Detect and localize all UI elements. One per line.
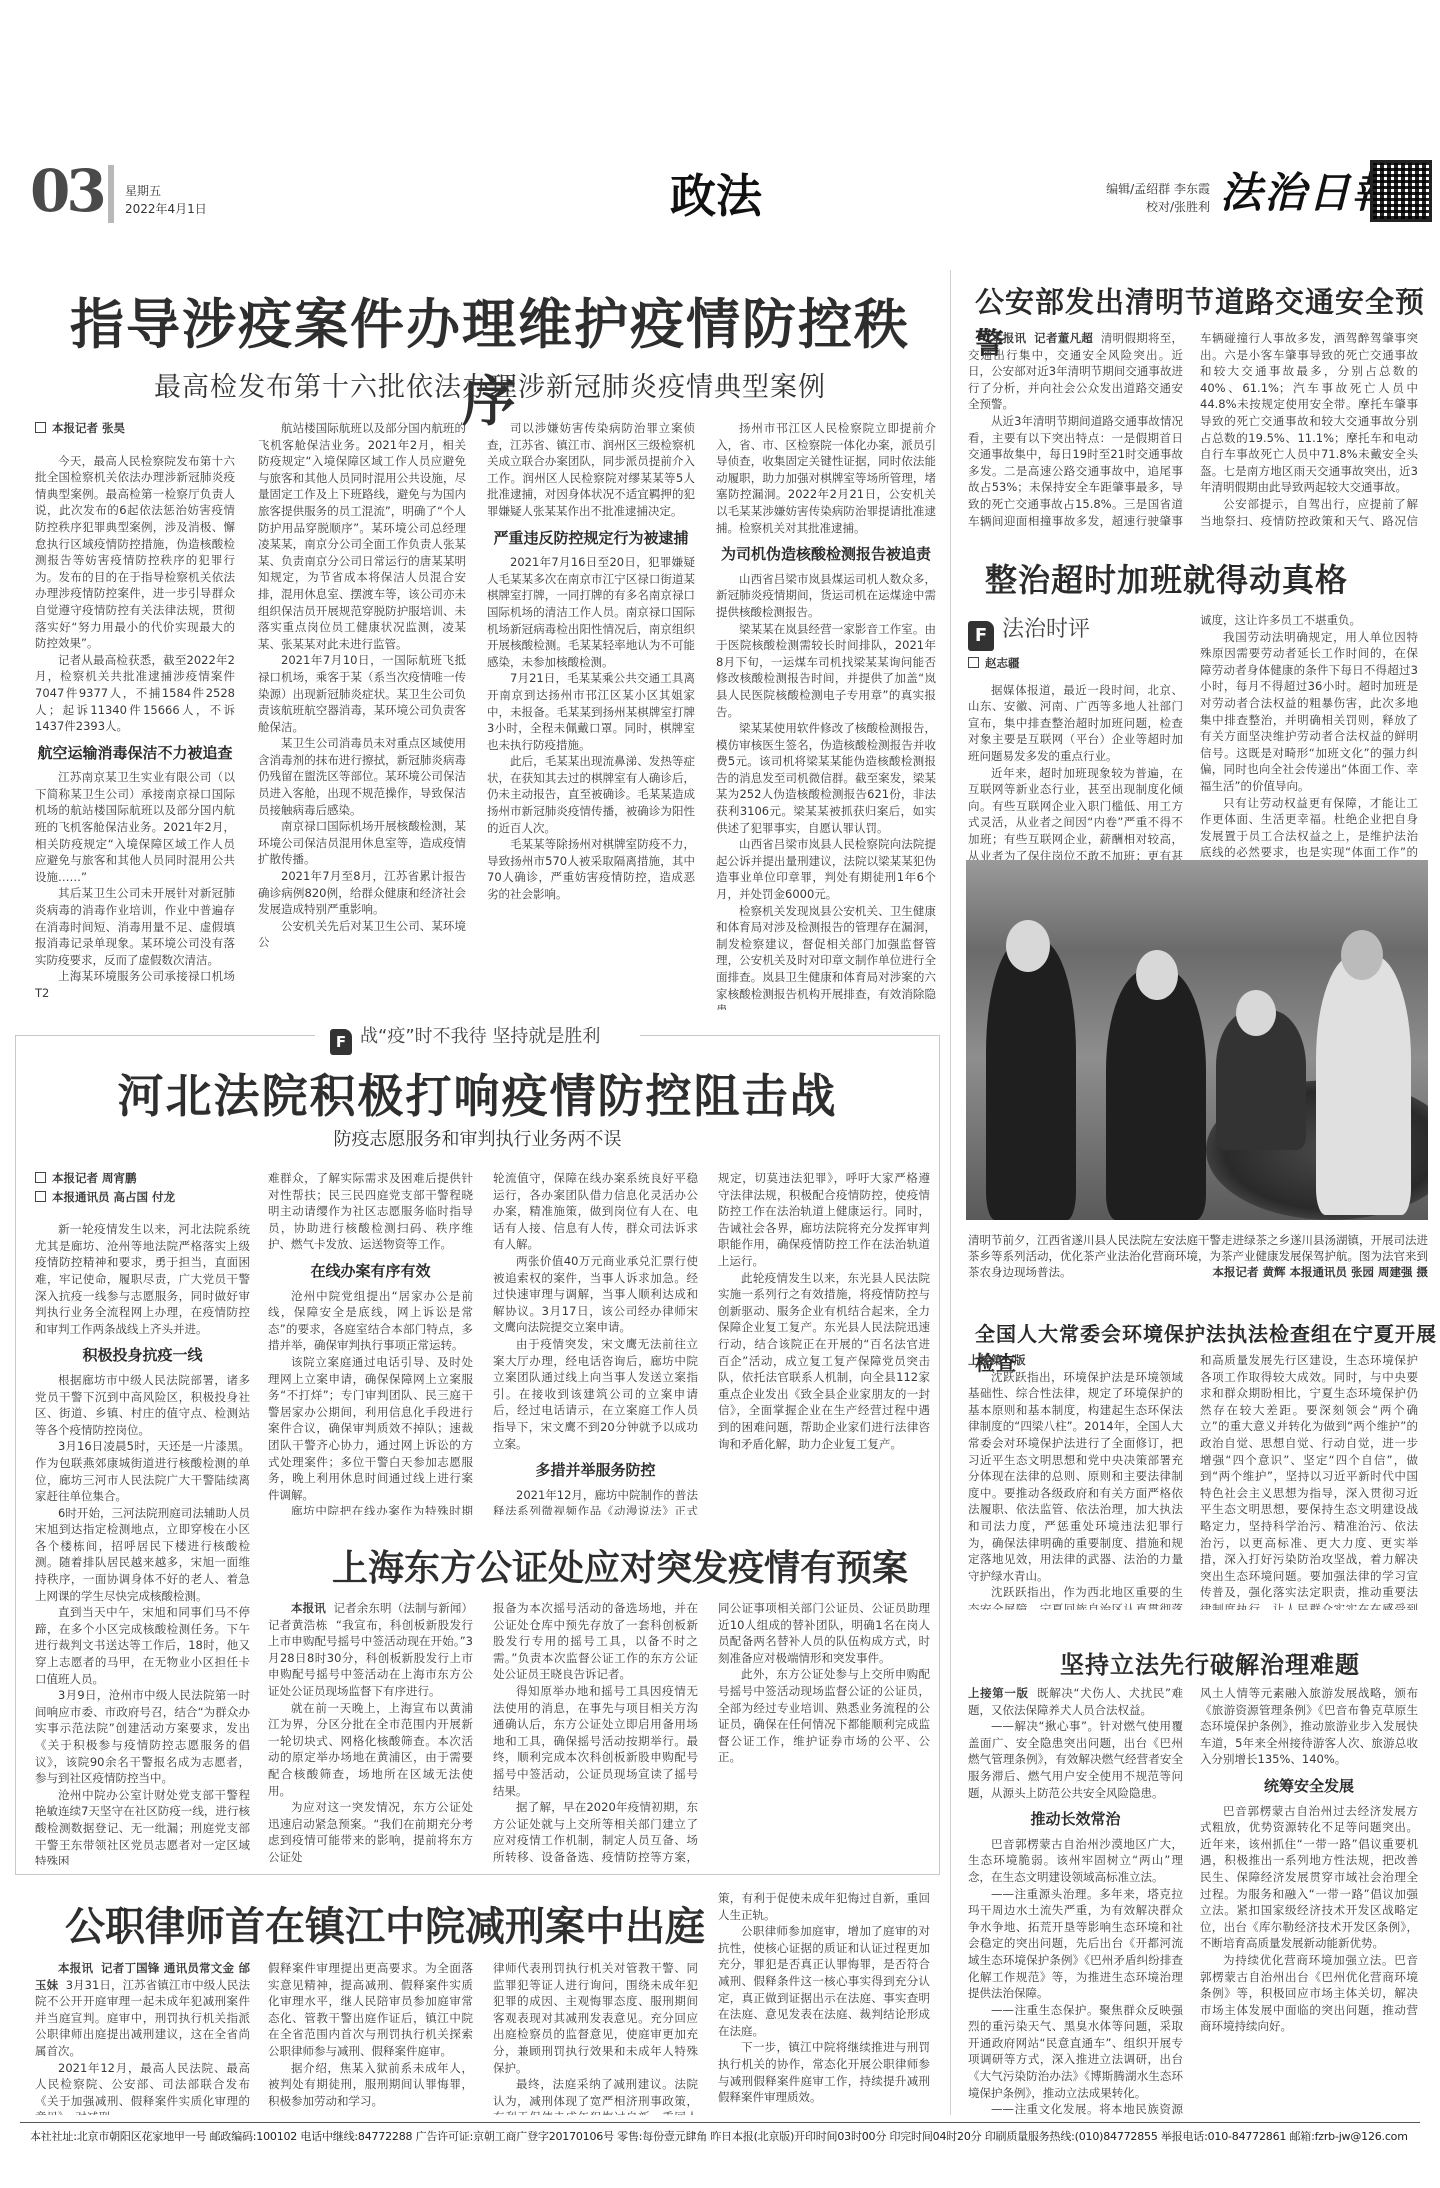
paragraph: 假释案件审理提出更高要求。为全面落实意见精神，提高减刑、假释案件实质化审理水平，… xyxy=(268,1960,473,2060)
qr-code-icon[interactable] xyxy=(1370,160,1432,222)
paragraph: 最终，法庭采纳了减刑建议。法院认为，减刑体现了宽严相济刑事政策，有利于促使未成年… xyxy=(493,2076,698,2115)
paragraph: 报备为本次摇号活动的备选场地，并在公证处仓库中预先存放了一套科创板新股发行专用的… xyxy=(493,1600,698,1683)
paragraph: 车辆碰撞行人事故多发，酒驾醉驾肇事突出。六是小客车肇事导致的死亡交通事故和较大交… xyxy=(1200,330,1418,496)
footer-imprint: 本社社址:北京市朝阳区花家地甲一号 邮政编码:100102 电话中继线:8477… xyxy=(30,2128,1430,2144)
byline-box-icon xyxy=(35,1172,46,1183)
lead-column-1: 本报记者 张昊 今天，最高人民检察院发布第十六批全国检察机关依法办理涉新冠肺炎疫… xyxy=(35,420,235,1010)
hebei-subheadline: 防疫志愿服务和审判执行业务两不误 xyxy=(15,1125,940,1151)
photo-person-head xyxy=(1136,950,1178,1000)
paragraph: 梁某某在岚县经营一家影音工作室。由于医院核酸检测需较长时间排队，2021年8月下… xyxy=(716,621,936,721)
paragraph: 诚度，这让许多员工不堪重负。 xyxy=(1200,612,1418,629)
legislation-column-1: 上接第一版 既解决“犬伤人、犬扰民”难题，又依法保障养犬人员合法权益。 ——解决… xyxy=(968,1685,1183,2115)
lead-subheadline: 最高检发布第十六批依法办理涉新冠肺炎疫情典型案例 xyxy=(45,365,935,404)
shanghai-column-2: 报备为本次摇号活动的备选场地，并在公证处仓库中预先存放了一套科创板新股发行专用的… xyxy=(493,1600,698,1865)
byline-box-icon xyxy=(35,422,46,433)
photo-person xyxy=(1106,970,1206,1220)
page-number: 03 xyxy=(30,160,103,222)
continued-label: 上接第一版 xyxy=(968,1352,1183,1369)
traffic-column-1: 本报讯 记者董凡超 清明假期将至，交通出行集中，交通安全风险突出。近日，公安部对… xyxy=(968,330,1183,530)
news-label: 本报讯 xyxy=(58,1961,93,1975)
paragraph: 南京禄口国际机场开展核酸检测，某环境公司保洁员混用休息室等，造成疫情扩散传播。 xyxy=(258,818,466,868)
lead-subhead-2: 严重违反防控规定行为被逮捕 xyxy=(487,530,695,547)
lead-column-4: 扬州市邗江区人民检察院立即提前介入，省、市、区检察院一体化办案，派员引导侦查，收… xyxy=(716,420,936,1010)
paragraph: 沈跃跃指出，作为西北地区重要的生态安全屏障，宁夏回族自治区认真贯彻落实环境保护法… xyxy=(968,1584,1183,1610)
commentary-column-1: 赵志疆 据媒体报道，最近一段时间，北京、山东、安徽、河南、广西等多地人社部门宣布… xyxy=(968,655,1183,860)
news-photo xyxy=(966,860,1428,1220)
paragraph: 根据廊坊市中级人民法院部署，诸多党员干警下沉到中高风险区，积极投身社区、街道、乡… xyxy=(35,1372,250,1438)
paragraph: 据介绍，焦某入狱前系未成年人，被判处有期徒刑，服刑期间认罪悔罪，积极参加劳动和学… xyxy=(268,2060,473,2110)
paragraph: 风土人情等元素融入旅游发展战略，颁布《旅游资源管理条例》《巴音布鲁克草原生态环境… xyxy=(1200,1685,1418,1768)
paragraph: 策，有利于促使未成年犯悔过自新，重回人生正轨。 xyxy=(718,1890,930,1923)
paragraph: 据媒体报道，最近一段时间，北京、山东、安徽、河南、广西等多地人社部门宣布，集中排… xyxy=(968,682,1183,765)
paragraph: 今天，最高人民检察院发布第十六批全国检察机关依法办理涉新冠肺炎疫情典型案例。最高… xyxy=(35,453,235,652)
feature-banner: F战“疫”时不我待 坚持就是胜利 xyxy=(330,1022,600,1055)
weekday: 星期五 xyxy=(125,182,207,200)
page-number-divider xyxy=(108,165,114,223)
continued-label: 上接第一版 xyxy=(968,1686,1029,1700)
lead-subhead-3: 为司机伪造核酸检测报告被追责 xyxy=(716,546,936,563)
paragraph: 沧州中院办公室计财处党支部干警程艳敏连续7天坚守在社区防疫一线，进行核酸检测数据… xyxy=(35,1787,250,1865)
paragraph: 为持续优化营商环境加强立法。巴音郭楞蒙古自治州出台《巴州优化营商环境条例》等，积… xyxy=(1200,1952,1418,2035)
date: 2022年4月1日 xyxy=(125,200,207,218)
paragraph: 该院立案庭通过电话引导、及时处理网上立案申请，确保保障网上立案服务“不打烊”；专… xyxy=(268,1354,473,1503)
column-divider xyxy=(950,270,951,2115)
paragraph: 航站楼国际航班以及部分国内航班的飞机客舱保洁业务。2021年2月，相关防疫规定“… xyxy=(258,420,466,652)
paragraph: 某卫生公司消毒员未对重点区域使用含消毒剂的抹布进行擦拭，新冠肺炎病毒仍残留在盥洗… xyxy=(258,735,466,818)
lawyer-headline: 公职律师首在镇江中院减刑案中出庭 xyxy=(30,1895,740,1952)
paragraph: 上海某环境服务公司承接禄口机场T2 xyxy=(35,968,235,1001)
hebei-column-3: 轮流值守，保障在线办案系统良好平稳运行，各办案团队借力信息化灵活办公办案，精准施… xyxy=(493,1170,698,1515)
issue-date: 星期五 2022年4月1日 xyxy=(125,182,207,218)
lead-byline: 本报记者 张昊 xyxy=(35,420,235,437)
paragraph: 和高质量发展先行区建设，生态环境保护各项工作取得较大成效。同时，与中央要求和群众… xyxy=(1200,1352,1418,1610)
lawyer-column-3: 律师代表刑罚执行机关对管教干警、同监罪犯等证人进行询问，围绕未成年犯犯罪的成因、… xyxy=(493,1960,698,2115)
paragraph: 同公证事项相关部门公证员、公证员助理近10人组成的替补团队，明确1名在岗人员配备… xyxy=(718,1600,930,1666)
masthead: 03 星期五 2022年4月1日 政法 编辑/孟绍群 李东霞 校对/张胜利 法治… xyxy=(30,160,1415,235)
paragraph: 直到当天中午，宋旭和同事们马不停蹄，在多个小区完成核酸检测任务。下午进行裁判文书… xyxy=(35,1604,250,1687)
paragraph: 律师代表刑罚执行机关对管教干警、同监罪犯等证人进行询问，围绕未成年犯犯罪的成因、… xyxy=(493,1960,698,2076)
commentary-headline: 整治超时加班就得动真格 xyxy=(985,555,1348,601)
paragraph: 2021年7月16日至20日，犯罪嫌疑人毛某某多次在南京市江宁区禄口街道某棋牌室… xyxy=(487,554,695,670)
hebei-column-1: 本报记者 周宵鹏 本报通讯员 高占国 付龙 新一轮疫情发生以来，河北法院系统尤其… xyxy=(35,1170,250,1865)
lead-column-2: 航站楼国际航班以及部分国内航班的飞机客舱保洁业务。2021年2月，相关防疫规定“… xyxy=(258,420,466,1010)
hebei-subhead-1: 积极投身抗疫一线 xyxy=(35,1347,250,1364)
hebei-subhead-3: 多措并举服务防控 xyxy=(493,1462,698,1479)
byline-box-icon xyxy=(968,657,979,668)
paragraph: 难群众，了解实际需求及困难后提供针对性帮扶；民三民四庭党支部干警程晓明主动请缨作… xyxy=(268,1170,473,1253)
commentary-column-2: 诚度，这让许多员工不堪重负。 我国劳动法明确规定，用人单位因特殊原因需要劳动者延… xyxy=(1200,612,1418,860)
photo-credit: 本报记者 黄辉 本报通讯员 张园 周建强 摄 xyxy=(1212,1264,1428,1280)
paragraph: 7月21日，毛某某乘公共交通工具离开南京到达扬州市邗江区某小区其姐家中，未报备。… xyxy=(487,670,695,753)
section-title: 政法 xyxy=(670,160,762,226)
paragraph: 2021年7月10日，一国际航班飞抵禄口机场，乘客于某（系当次疫情唯一传染源）出… xyxy=(258,652,466,735)
paragraph: 沈跃跃指出，环境保护法是环境领域基础性、综合性法律，规定了环境保护的基本原则和基… xyxy=(968,1369,1183,1585)
news-label: 本报讯 xyxy=(291,1601,326,1615)
paragraph: 从近3年清明节期间道路交通事故情况看，主要有以下突出特点：一是假期首日交通事故集… xyxy=(968,413,1183,530)
photo-person-head xyxy=(1236,990,1276,1036)
paragraph: ——注重文化发展。将本地民族资源禀赋、 xyxy=(968,2101,1183,2115)
fazhi-logo-icon: F xyxy=(968,621,994,651)
paragraph: ——注重源头治理。多年来，塔克拉玛干周边水土流失严重，为有效解决群众争水争地、拓… xyxy=(968,1886,1183,2002)
paragraph: 扬州市邗江区人民检察院立即提前介入，省、市、区检察院一体化办案，派员引导侦查，收… xyxy=(716,420,936,536)
paragraph: 廊坊中院把在线办案作为特殊时期有效的工作方式，信息技术保障人员24小时 xyxy=(268,1503,473,1515)
paragraph: 江苏南京某卫生实业有限公司（以下简称某卫生公司）承接南京禄口国际机场的航站楼国际… xyxy=(35,769,235,885)
legislation-headline: 坚持立法先行破解治理难题 xyxy=(1060,1645,1360,1680)
shanghai-headline: 上海东方公证处应对突发疫情有预案 xyxy=(300,1540,940,1591)
paragraph: 记者从最高检获悉，截至2022年2月，检察机关共批准逮捕涉疫情案件7047件93… xyxy=(35,652,235,735)
hebei-subhead-2: 在线办案有序有效 xyxy=(268,1263,473,1280)
reporter: 记者董凡超 xyxy=(1034,331,1093,345)
paragraph: 由于疫情突发，宋文鹰无法前往立案大厅办理，经电话咨询后，廊坊中院立案团队通过线上… xyxy=(493,1336,698,1452)
paragraph: 轮流值守，保障在线办案系统良好平稳运行，各办案团队借力信息化灵活办公办案，精准施… xyxy=(493,1170,698,1253)
photo-person-head xyxy=(1006,920,1050,972)
paragraph: 检察机关发现岚县公安机关、卫生健康和体育局对涉及检测报告的管理存在漏洞，制发检察… xyxy=(716,903,936,1010)
paragraph: 此外，东方公证处参与上交所申购配号摇号中签活动现场监督公证的公证员，全部为经过专… xyxy=(718,1666,930,1766)
legislation-subhead-2: 统筹安全发展 xyxy=(1200,1778,1418,1795)
paragraph: 其后某卫生公司未开展针对新冠肺炎病毒的消毒作业培训，作业中普遍存在消毒时间短、消… xyxy=(35,885,235,968)
paragraph: 此轮疫情发生以来，东光县人民法院实施一系列行之有效措施，将疫情防控与创新驱动、服… xyxy=(718,1270,930,1453)
banner-label: 战“疫”时不我待 坚持就是胜利 xyxy=(360,1026,600,1047)
tag-label: 法治时评 xyxy=(1002,617,1090,642)
lawyer-column-4: 策，有利于促使未成年犯悔过自新，重回人生正轨。 公职律师参加庭审，增加了庭审的对… xyxy=(718,1890,930,2115)
photo-caption: 清明节前夕，江西省遂川县人民法院左安法庭干警走进绿茶之乡遂川县汤湖镇，开展司法进… xyxy=(968,1232,1428,1280)
editor: 编辑/孟绍群 李东霞 xyxy=(1050,180,1210,198)
paragraph: 据了解，早在2020年疫情初期，东方公证处就与上交所等相关部门建立了应对疫情工作… xyxy=(493,1799,698,1865)
byline-box-icon xyxy=(35,1191,46,1202)
paragraph: ——解决“揪心事”。针对燃气使用覆盖面广、安全隐患突出问题，出台《巴州燃气管理条… xyxy=(968,1718,1183,1801)
lead-subhead-1: 航空运输消毒保洁不力被追查 xyxy=(35,745,235,762)
lead-headline: 指导涉疫案件办理维护疫情防控秩序 xyxy=(45,282,935,436)
paragraph: 我国劳动法明确规定，用人单位因特殊原因需要劳动者延长工作时间的，在保障劳动者身体… xyxy=(1200,629,1418,795)
photo-person xyxy=(1316,955,1411,1215)
legislation-subhead-1: 推动长效常治 xyxy=(968,1811,1183,1828)
paragraph: ——注重生态保护。聚焦群众反映强烈的重污染天气、黑臭水体等问题，采取开通政府网站… xyxy=(968,2002,1183,2102)
ningxia-column-2: 和高质量发展先行区建设，生态环境保护各项工作取得较大成效。同时，与中央要求和群众… xyxy=(1200,1352,1418,1610)
paragraph: 2021年12月，廊坊中院制作的普法释法系列微视频作品《动漫说法》正式上线。3月… xyxy=(493,1487,698,1515)
paragraph: 山西省吕梁市岚县人民检察院向法院提起公诉并提出量刑建议，法院以梁某某犯伪造事业单… xyxy=(716,836,936,902)
paragraph: 巴音郭楞蒙古自治州沙漠地区广大，生态环境脆弱。该州牢固树立“两山”理念，在生态文… xyxy=(968,1836,1183,1886)
paragraph: 得知原举办地和摇号工具因疫情无法使用的消息，在事先与项目相关方沟通确认后，东方公… xyxy=(493,1683,698,1799)
paragraph: 两张价值40万元商业承兑汇票行使被追索权的案件，当事人诉求加急。经过快速审理与调… xyxy=(493,1253,698,1336)
ningxia-column-1: 上接第一版 沈跃跃指出，环境保护法是环境领域基础性、综合性法律，规定了环境保护的… xyxy=(968,1352,1183,1610)
paragraph: 6时开始，三河法院刑庭司法辅助人员宋旭到达指定检测地点，立即穿梭在小区各个楼栋间… xyxy=(35,1505,250,1605)
paragraph: 2021年7月至8月，江苏省累计报告确诊病例820例，给群众健康和经济社会发展造… xyxy=(258,868,466,918)
paragraph: 规定，切莫违法犯罪》，呼吁大家严格遵守法律法规，积极配合疫情防控，使疫情防控工作… xyxy=(718,1170,930,1270)
paragraph: 3月9日，沧州市中级人民法院第一时间响应市委、市政府号召，结合“为群众办实事示范… xyxy=(35,1687,250,1787)
photo-person-head xyxy=(1341,930,1383,980)
proofreader: 校对/张胜利 xyxy=(1050,198,1210,216)
paragraph: 只有让劳动权益更有保障，才能让工作更体面、生活更幸福。杜绝企业把自身发展置于员工… xyxy=(1200,795,1418,860)
lead-column-3: 司以涉嫌妨害传染病防治罪立案侦查，江苏省、镇江市、润州区三级检察机关成立联合办案… xyxy=(487,420,695,1010)
paragraph: 新一轮疫情发生以来，河北法院系统尤其是廊坊、沧州等地法院严格落实上级疫情防控精神… xyxy=(35,1221,250,1337)
photo-person xyxy=(986,940,1076,1220)
shanghai-column-1: 本报讯 记者余东明（法制与新闻）记者黄浩栋 “我宣布，科创板新股发行上市申购配号… xyxy=(268,1600,473,1865)
paragraph: 巴音郭楞蒙古自治州过去经济发展方式粗放，优势资源转化不足等问题突出。近年来，该州… xyxy=(1200,1803,1418,1952)
lawyer-column-2: 假释案件审理提出更高要求。为全面落实意见精神，提高减刑、假释案件实质化审理水平，… xyxy=(268,1960,473,2115)
hebei-column-4: 规定，切莫违法犯罪》，呼吁大家严格遵守法律法规，积极配合疫情防控，使疫情防控工作… xyxy=(718,1170,930,1515)
paragraph: 就在前一天晚上，上海宣布以黄浦江为界，分区分批在全市范围内开展新一轮切块式、网格… xyxy=(268,1700,473,1800)
hebei-correspondent: 本报通讯员 高占国 付龙 xyxy=(35,1189,250,1206)
legislation-column-2: 风土人情等元素融入旅游发展战略，颁布《旅游资源管理条例》《巴音布鲁克草原生态环境… xyxy=(1200,1685,1418,2115)
traffic-column-2: 车辆碰撞行人事故多发，酒驾醉驾肇事突出。六是小客车肇事导致的死亡交通事故和较大交… xyxy=(1200,330,1418,530)
hebei-column-2: 难群众，了解实际需求及困难后提供针对性帮扶；民三民四庭党支部干警程晓明主动请缨作… xyxy=(268,1170,473,1515)
hebei-headline: 河北法院积极打响疫情防控阻击战 xyxy=(15,1060,940,1126)
paragraph: 近年来，超时加班现象较为普遍，在互联网等新业态行业，甚至出现制度化倾向。有些互联… xyxy=(968,765,1183,860)
hebei-reporter: 本报记者 周宵鹏 xyxy=(35,1170,250,1187)
paragraph: 司以涉嫌妨害传染病防治罪立案侦查，江苏省、镇江市、润州区三级检察机关成立联合办案… xyxy=(487,420,695,520)
editor-credits: 编辑/孟绍群 李东霞 校对/张胜利 xyxy=(1050,180,1210,216)
paragraph: 3月31日，江苏省镇江市中级人民法院不公开开庭审理一起未成年犯减刑案件并当庭宣判… xyxy=(35,1978,250,2058)
paragraph: 公职律师参加庭审，增加了庭审的对抗性，使核心证据的质证和认证过程更加充分，罪犯是… xyxy=(718,1923,930,2039)
paragraph: 山西省吕梁市岚县煤运司机人数众多，新冠肺炎疫情期间，货运司机在运煤途中需提供核酸… xyxy=(716,571,936,621)
paragraph: 梁某某使用软件修改了核酸检测报告，模仿审核医生签名，伪造核酸检测报告并收费5元。… xyxy=(716,720,936,836)
paragraph: 沧州中院党组提出“居家办公是前线，保障安全是底线，网上诉讼是常态”的要求，各庭室… xyxy=(268,1288,473,1354)
paragraph: 下一步，镇江中院将继续推进与刑罚执行机关的协作，常态化开展公职律师参与减刑假释案… xyxy=(718,2039,930,2105)
paragraph: 3月16日凌晨5时，天还是一片漆黑。作为包联燕郊康城街道进行核酸检测的单位，廊坊… xyxy=(35,1438,250,1504)
paragraph: 毛某某等除扬州对棋牌室防疫不力，导致扬州市570人被采取隔离措施，其中70人确诊… xyxy=(487,836,695,902)
lawyer-column-1: 本报讯 记者丁国锋 通讯员常文金 邰玉妹 3月31日，江苏省镇江市中级人民法院不… xyxy=(35,1960,250,2115)
news-label: 本报讯 xyxy=(991,331,1026,345)
fazhi-logo-icon: F xyxy=(330,1029,352,1055)
feature-rule xyxy=(640,1035,940,1036)
commentary-author: 赵志疆 xyxy=(968,655,1183,672)
paragraph: 2021年12月，最高人民法院、最高人民检察院、公安部、司法部联合发布《关于加强… xyxy=(35,2060,250,2115)
paragraph: 公安机关先后对某卫生公司、某环境公 xyxy=(258,918,466,951)
feature-rule xyxy=(15,1035,315,1036)
paragraph: 为应对这一突发情况，东方公证处迅速启动紧急预案。“我们在前期充分考虑到疫情可能带… xyxy=(268,1799,473,1865)
paragraph: 公安部提示，自驾出行，应提前了解当地祭扫、疫情防控政策和天气、路况信息，合理规划… xyxy=(1200,496,1418,530)
shanghai-column-3: 同公证事项相关部门公证员、公证员助理近10人组成的替补团队，明确1名在岗人员配备… xyxy=(718,1600,930,1865)
footer-rule xyxy=(20,2122,1420,2123)
paragraph: 此后，毛某某出现流鼻涕、发热等症状，在获知其去过的棋牌室有人确诊后，仍未主动报告… xyxy=(487,753,695,836)
commentary-tag: F法治时评 xyxy=(968,612,1090,651)
